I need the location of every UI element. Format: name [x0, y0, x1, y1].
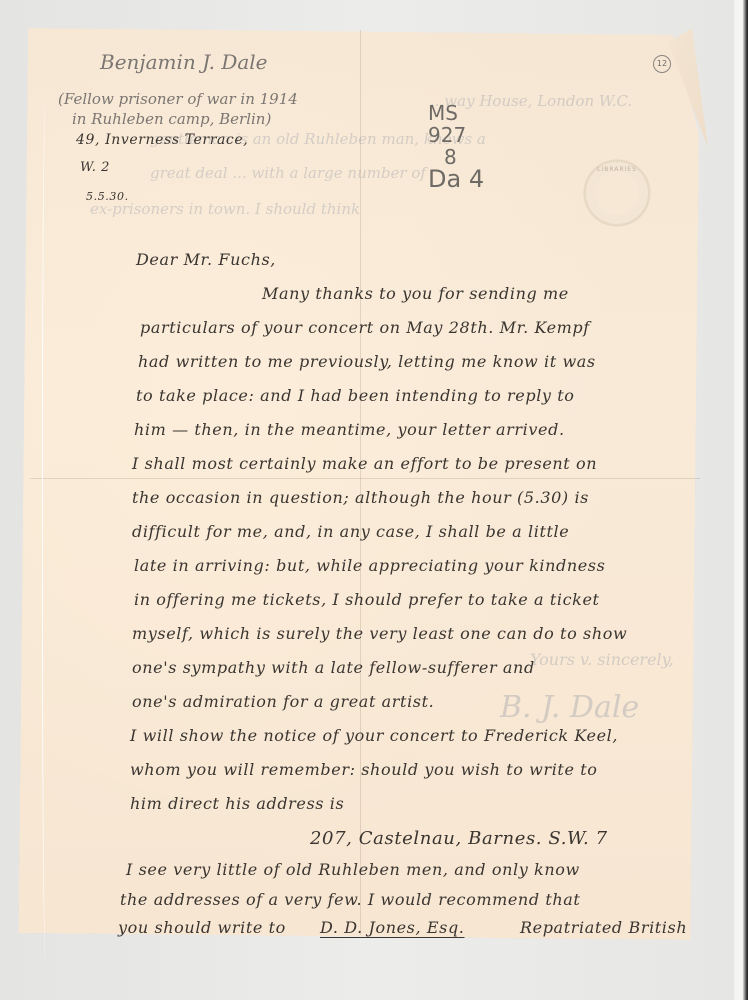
shelfmark: MS 927 8 Da 4: [428, 102, 484, 190]
body-line: Many thanks to you for sending me: [262, 284, 569, 303]
body-line: the occasion in question; although the h…: [132, 488, 589, 507]
scanned-page: 12 ...way House, London W.C. gentleman i…: [0, 0, 748, 1000]
body-line: one's sympathy with a late fellow-suffer…: [132, 658, 535, 677]
body-line: difficult for me, and, in any case, I sh…: [132, 522, 569, 541]
salutation: Dear Mr. Fuchs,: [136, 250, 276, 269]
pencil-note: (Fellow prisoner of war in 1914: [58, 90, 298, 108]
sender-address-line: 49, Inverness Terrace,: [76, 132, 248, 148]
body-line: him direct his address is: [130, 794, 344, 813]
closing-line: I see very little of old Ruhleben men, a…: [126, 860, 580, 879]
shelfmark-line: Da 4: [428, 168, 484, 190]
underlined-recipient-name: D. D. Jones, Esq.: [320, 918, 464, 937]
shelfmark-line: MS: [428, 102, 484, 124]
sender-address-line: W. 2: [80, 160, 110, 175]
scanner-edge: [734, 0, 748, 1000]
show-through-closing: Yours v. sincerely,: [530, 650, 674, 669]
body-line: whom you will remember: should you wish …: [130, 760, 597, 779]
body-line: particulars of your concert on May 28th.…: [140, 318, 590, 337]
horizontal-fold-line: [30, 478, 700, 479]
library-emboss-stamp: LIBRARIES: [584, 160, 650, 226]
closing-line: the addresses of a very few. I would rec…: [120, 890, 580, 909]
binding-string: [42, 100, 51, 960]
closing-trailing-text: Repatriated British: [520, 918, 687, 937]
letter-date: 5.5.30.: [86, 190, 129, 203]
pencil-author-name: Benjamin J. Dale: [100, 50, 268, 74]
show-through-line: great deal ... with a large number of: [150, 164, 426, 182]
body-line: one's admiration for a great artist.: [132, 692, 434, 711]
body-line: had written to me previously, letting me…: [138, 352, 596, 371]
body-line: myself, which is surely the very least o…: [132, 624, 627, 643]
show-through-signature: B. J. Dale: [500, 690, 639, 725]
body-line: him — then, in the meantime, your letter…: [134, 420, 565, 439]
shelfmark-line: 927: [428, 124, 484, 146]
stamp-text: LIBRARIES: [586, 166, 648, 173]
body-line: late in arriving: but, while appreciatin…: [134, 556, 605, 575]
show-through-line: ex-prisoners in town. I should think: [90, 200, 360, 218]
body-line: I shall most certainly make an effort to…: [132, 454, 597, 473]
folio-number: 12: [653, 55, 671, 73]
pencil-note: in Ruhleben camp, Berlin): [72, 110, 271, 128]
body-line: to take place: and I had been intending …: [136, 386, 575, 405]
body-line: in offering me tickets, I should prefer …: [134, 590, 600, 609]
closing-line: you should write to: [118, 918, 286, 937]
body-line: I will show the notice of your concert t…: [130, 726, 618, 745]
inset-address: 207, Castelnau, Barnes. S.W. 7: [310, 828, 608, 849]
